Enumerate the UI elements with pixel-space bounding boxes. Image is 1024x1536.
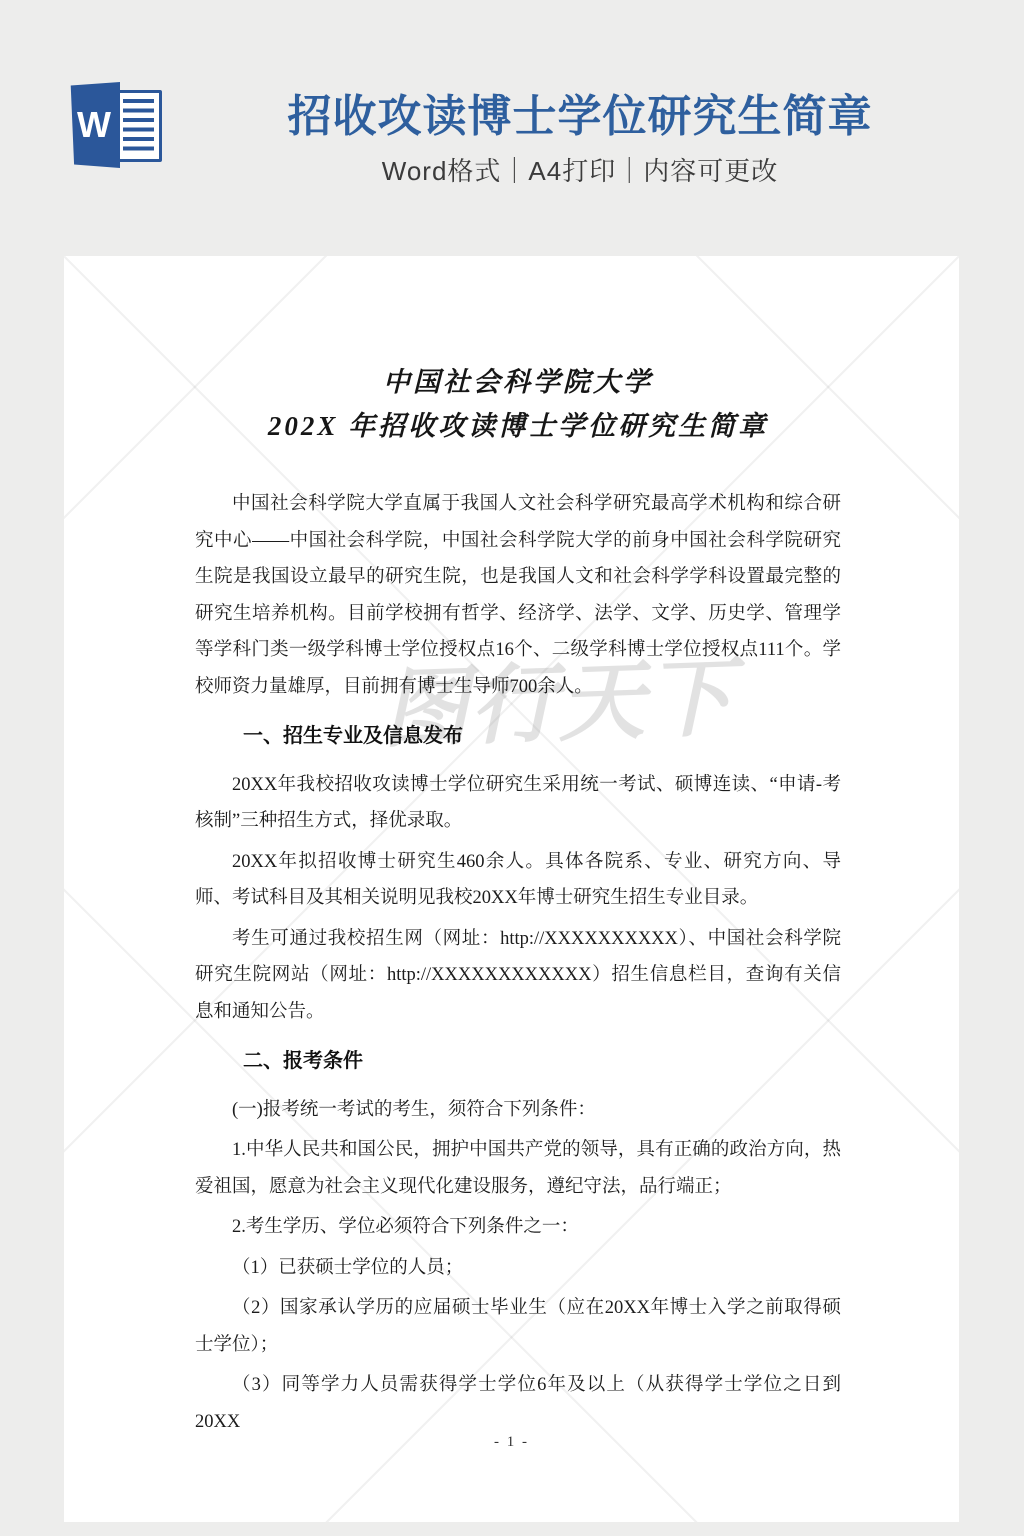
document-title-block: 中国社会科学院大学 202X 年招收攻读博士学位研究生简章 bbox=[195, 360, 841, 448]
doc-paragraph: 考生可通过我校招生网（网址：http://XXXXXXXXXX）、中国社会科学院… bbox=[195, 921, 841, 1031]
doc-paragraph: (一)报考统一考试的考生，须符合下列条件： bbox=[195, 1092, 841, 1129]
document-page: 图行天下 中国社会科学院大学 202X 年招收攻读博士学位研究生简章 中国社会科… bbox=[64, 256, 959, 1522]
word-w-letter: W bbox=[77, 107, 111, 143]
doc-paragraph: 20XX年拟招收博士研究生460余人。具体各院系、专业、研究方向、导师、考试科目… bbox=[195, 844, 841, 917]
doc-paragraph: （2）国家承认学历的应届硕士毕业生（应在20XX年博士入学之前取得硕士学位）； bbox=[195, 1290, 841, 1363]
page-number: - 1 - bbox=[64, 1434, 959, 1451]
doc-paragraph: （3）同等学力人员需获得学士学位6年及以上（从获得学士学位之日到20XX bbox=[195, 1367, 841, 1440]
doc-paragraph: 中国社会科学院大学直属于我国人文社会科学研究最高学术机构和综合研究中心——中国社… bbox=[195, 486, 841, 705]
doc-paragraph: （1）已获硕士学位的人员； bbox=[195, 1250, 841, 1287]
document-title-line1: 中国社会科学院大学 bbox=[195, 360, 841, 404]
template-title: 招收攻读博士学位研究生简章 bbox=[150, 92, 1010, 142]
template-subtitle: Word格式｜A4打印｜内容可更改 bbox=[150, 156, 1010, 186]
word-w-badge-icon: W bbox=[64, 82, 120, 168]
banner-text: 招收攻读博士学位研究生简章 Word格式｜A4打印｜内容可更改 bbox=[150, 92, 1010, 186]
document-title-line2: 202X 年招收攻读博士学位研究生简章 bbox=[195, 404, 841, 448]
doc-paragraph: 1.中华人民共和国公民，拥护中国共产党的领导，具有正确的政治方向，热爱祖国，愿意… bbox=[195, 1132, 841, 1205]
section-heading: 二、报考条件 bbox=[195, 1043, 841, 1080]
doc-paragraph: 2.考生学历、学位必须符合下列条件之一： bbox=[195, 1209, 841, 1246]
section-heading: 一、招生专业及信息发布 bbox=[195, 718, 841, 755]
doc-paragraph: 20XX年我校招收攻读博士学位研究生采用统一考试、硕博连读、“申请-考核制”三种… bbox=[195, 767, 841, 840]
template-banner: W 招收攻读博士学位研究生简章 Word格式｜A4打印｜内容可更改 bbox=[0, 0, 1024, 256]
document-body: 中国社会科学院大学直属于我国人文社会科学研究最高学术机构和综合研究中心——中国社… bbox=[195, 486, 841, 1440]
word-logo-icon: W bbox=[64, 80, 160, 170]
